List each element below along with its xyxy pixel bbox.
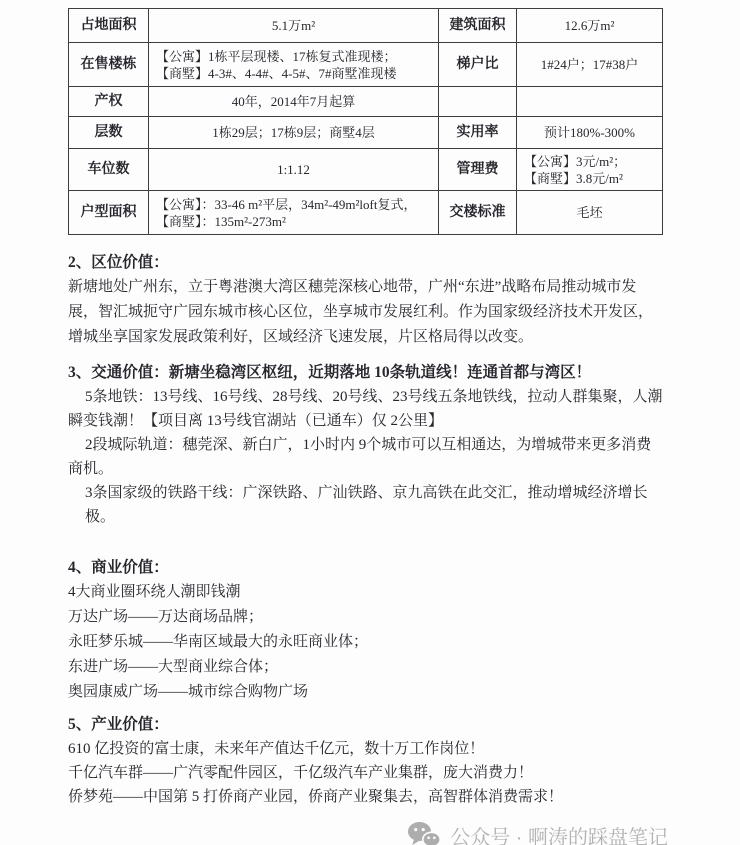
- table-cell-label: 户型面积: [69, 191, 149, 235]
- text-line: 2段城际轨道：穗莞深、新白广，1小时内 9个城市可以互相通达，为增城带来更多消费: [68, 433, 674, 457]
- footer-label: 公众号 · 啊涛的踩盘笔记: [450, 821, 668, 845]
- table-row: 层数 1栋29层；17栋9层；商墅4层 实用率 预计180%-300%: [69, 117, 663, 149]
- table-row: 产权 40年，2014年7月起算: [69, 87, 663, 117]
- section-location-value: 2、区位价值： 新塘地处广州东，立于粤港澳大湾区穗莞深核心地带，广州“东进”战略…: [68, 250, 674, 350]
- document-page: 占地面积 5.1万m² 建筑面积 12.6万m² 在售楼栋 【公寓】1栋平层现楼…: [0, 0, 740, 845]
- table-cell-label: 管理费: [439, 149, 517, 191]
- table-cell-value: [517, 87, 663, 117]
- text-line: 千亿汽车群——广汽零配件园区，千亿级汽车产业集群，庞大消费力！: [68, 761, 674, 785]
- section-industry-value: 5、产业价值： 610 亿投资的富士康，未来年产值达千亿元，数十万工作岗位！ 千…: [68, 713, 674, 809]
- project-info-table: 占地面积 5.1万m² 建筑面积 12.6万m² 在售楼栋 【公寓】1栋平层现楼…: [68, 8, 663, 235]
- table-cell-value: 12.6万m²: [517, 9, 663, 43]
- section-heading: 5、产业价值：: [68, 713, 674, 737]
- text-line: 展，智汇城扼守广园东城市核心区位，坐享城市发展红利。作为国家级经济技术开发区，: [68, 300, 674, 325]
- table-cell-value: 5.1万m²: [149, 9, 439, 43]
- table-cell-label: 交楼标准: [439, 191, 517, 235]
- text-line: 3条国家级的铁路干线：广深铁路、广汕铁路、京九高铁在此交汇，推动增城经济增长极。: [68, 481, 674, 529]
- section-transport-value: 3、交通价值：新塘坐稳湾区枢纽，近期落地 10条轨道线！连通首都与湾区！ 5条地…: [68, 361, 674, 529]
- text-line: 万达广场——万达商场品牌；: [68, 605, 674, 630]
- table-row: 占地面积 5.1万m² 建筑面积 12.6万m²: [69, 9, 663, 43]
- table-row: 户型面积 【公寓】：33-46 m²平层，34m²-49m²loft复式， 【商…: [69, 191, 663, 235]
- table-cell-value: 1:1.12: [149, 149, 439, 191]
- section-heading: 2、区位价值：: [68, 250, 674, 275]
- table-cell-value: 40年，2014年7月起算: [149, 87, 439, 117]
- table-cell-value: 毛坯: [517, 191, 663, 235]
- table-cell-value: 预计180%-300%: [517, 117, 663, 149]
- table-cell-value: 1栋29层；17栋9层；商墅4层: [149, 117, 439, 149]
- table-cell-label: 梯户比: [439, 43, 517, 87]
- text-line: 增城坐享国家发展政策利好，区域经济飞速发展，片区格局得以改变。: [68, 325, 674, 350]
- table-cell-label: 产权: [69, 87, 149, 117]
- table-cell-value: 【公寓】3元/m²； 【商墅】3.8元/m²: [517, 149, 663, 191]
- table-row: 车位数 1:1.12 管理费 【公寓】3元/m²； 【商墅】3.8元/m²: [69, 149, 663, 191]
- table-cell-label: 实用率: [439, 117, 517, 149]
- table-row: 在售楼栋 【公寓】1栋平层现楼、17栋复式准现楼； 【商墅】4-3#、4-4#、…: [69, 43, 663, 87]
- section-heading: 4、商业价值：: [68, 555, 674, 580]
- table-cell-label: [439, 87, 517, 117]
- table-cell-value: 【公寓】：33-46 m²平层，34m²-49m²loft复式， 【商墅】：13…: [149, 191, 439, 235]
- table-cell-label: 层数: [69, 117, 149, 149]
- table-cell-value: 【公寓】1栋平层现楼、17栋复式准现楼； 【商墅】4-3#、4-4#、4-5#、…: [149, 43, 439, 87]
- table-cell-label: 车位数: [69, 149, 149, 191]
- text-line: 610 亿投资的富士康，未来年产值达千亿元，数十万工作岗位！: [68, 737, 674, 761]
- section-heading: 3、交通价值：新塘坐稳湾区枢纽，近期落地 10条轨道线！连通首都与湾区！: [68, 361, 674, 385]
- wechat-footer: 公众号 · 啊涛的踩盘笔记: [68, 821, 674, 845]
- table-cell-value: 1#24户；17#38户: [517, 43, 663, 87]
- text-line: 瞬变钱潮！【项目离 13号线官湖站（已通车）仅 2公里】: [68, 409, 674, 433]
- text-line: 永旺梦乐城——华南区域最大的永旺商业体；: [68, 630, 674, 655]
- text-line: 新塘地处广州东，立于粤港澳大湾区穗莞深核心地带，广州“东进”战略布局推动城市发: [68, 275, 674, 300]
- table-cell-label: 在售楼栋: [69, 43, 149, 87]
- text-line: 商机。: [68, 457, 674, 481]
- text-line: 侨梦苑——中国第 5 打侨商产业园，侨商产业聚集去，高智群体消费需求！: [68, 785, 674, 809]
- table-cell-label: 建筑面积: [439, 9, 517, 43]
- text-line: 奥园康威广场——城市综合购物广场: [68, 680, 674, 705]
- table-cell-label: 占地面积: [69, 9, 149, 43]
- text-line: 东进广场——大型商业综合体；: [68, 655, 674, 680]
- text-line: 4大商业圈环绕人潮即钱潮: [68, 580, 674, 605]
- wechat-icon: [407, 821, 441, 845]
- section-commercial-value: 4、商业价值： 4大商业圈环绕人潮即钱潮 万达广场——万达商场品牌； 永旺梦乐城…: [68, 555, 674, 705]
- text-line: 5条地铁：13号线、16号线、28号线、20号线、23号线五条地铁线，拉动人群集…: [68, 385, 674, 409]
